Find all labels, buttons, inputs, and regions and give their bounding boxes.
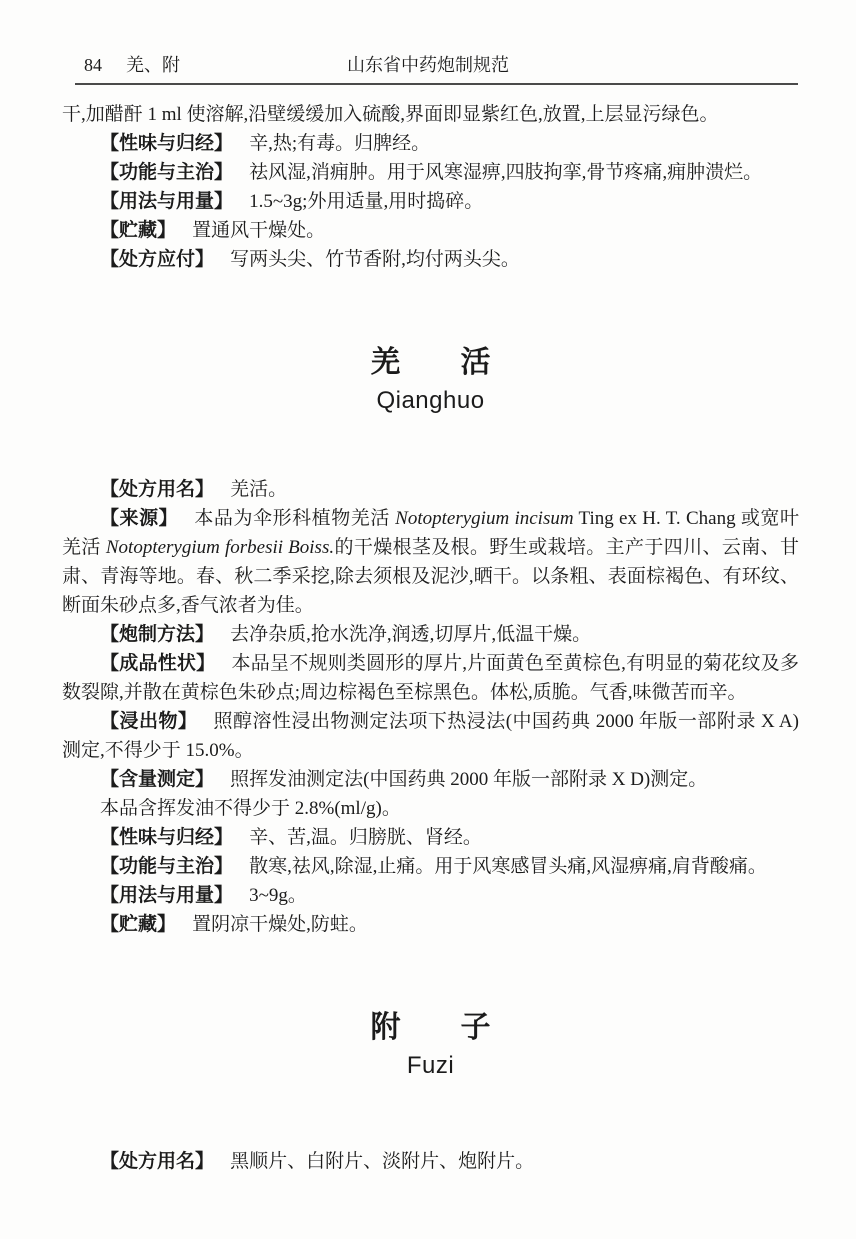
entry-text: 散寒,祛风,除湿,止痛。用于风寒感冒头痛,风湿痹痛,肩背酸痛。: [249, 856, 767, 877]
entry-label: 【贮藏】: [100, 220, 176, 241]
entry-yongfa-yongliang: 【用法与用量】3~9g。: [62, 881, 799, 910]
entry-label: 【炮制方法】: [100, 624, 214, 645]
latin-name-italic: Notopterygium forbesii Boiss.: [106, 537, 334, 558]
entry-text: 辛,热;有毒。归脾经。: [249, 133, 430, 154]
page-number: 84: [84, 54, 102, 76]
entry-chufang-yingfu: 【处方应付】写两头尖、竹节香附,均付两头尖。: [62, 245, 799, 274]
entry-label: 【性味与归经】: [100, 133, 233, 154]
entry-text: 置阴凉干燥处,防蛀。: [192, 914, 368, 935]
laiyuan-segment: 本品为伞形科植物羌活: [194, 508, 395, 529]
entry-yongfa-yongliang: 【用法与用量】1.5~3g;外用适量,用时捣碎。: [62, 187, 799, 216]
entry-text: 辛、苦,温。归膀胱、肾经。: [249, 827, 482, 848]
page-header: 84 羌、附 山东省中药炮制规范: [0, 0, 856, 76]
document-page: 84 羌、附 山东省中药炮制规范 干,加醋酐 1 ml 使溶解,沿壁缓缓加入硫酸…: [0, 0, 856, 1239]
entry-chufang-yongming: 【处方用名】黑顺片、白附片、淡附片、炮附片。: [62, 1147, 799, 1176]
running-head-section: 羌、附: [126, 54, 180, 76]
entry-text: 羌活。: [230, 479, 287, 500]
entry-zhucang: 【贮藏】置通风干燥处。: [62, 216, 799, 245]
header-rule: [75, 83, 798, 85]
entry-text: 去净杂质,抢水洗净,润透,切厚片,低温干燥。: [230, 624, 591, 645]
monograph-title-text: 羌活: [371, 346, 551, 379]
page-body: 干,加醋酐 1 ml 使溶解,沿壁缓缓加入硫酸,界面即显紫红色,放置,上层显污绿…: [62, 100, 799, 1176]
entry-hanliang-ceding: 【含量测定】照挥发油测定法(中国药典 2000 年版一部附录 X D)测定。: [62, 765, 799, 794]
entry-text: 写两头尖、竹节香附,均付两头尖。: [230, 249, 520, 270]
entry-label: 【含量测定】: [100, 769, 214, 790]
entry-text: 3~9g。: [249, 885, 307, 906]
running-head-book-title: 山东省中药炮制规范: [347, 54, 509, 76]
entry-jinchuwu: 【浸出物】照醇溶性浸出物测定法项下热浸法(中国药典 2000 年版一部附录 X …: [62, 707, 799, 765]
entry-label: 【用法与用量】: [100, 191, 233, 212]
latin-name-italic: Notopterygium incisum: [395, 508, 573, 529]
entry-text: 置通风干燥处。: [192, 220, 325, 241]
entry-gongneng-zhuzhi: 【功能与主治】祛风湿,消痈肿。用于风寒湿痹,四肢拘挛,骨节疼痛,痈肿溃烂。: [62, 158, 799, 187]
monograph-pinyin-qianghuo: Qianghuo: [62, 388, 799, 414]
entry-text: 照挥发油测定法(中国药典 2000 年版一部附录 X D)测定。: [230, 769, 707, 790]
entry-text: 黑顺片、白附片、淡附片、炮附片。: [230, 1151, 534, 1172]
entry-label: 【用法与用量】: [100, 885, 233, 906]
entry-label: 【浸出物】: [100, 711, 197, 732]
assay-note-paragraph: 本品含挥发油不得少于 2.8%(ml/g)。: [62, 794, 799, 823]
continuation-paragraph: 干,加醋酐 1 ml 使溶解,沿壁缓缓加入硫酸,界面即显紫红色,放置,上层显污绿…: [62, 100, 799, 129]
entry-paozhi-fangfa: 【炮制方法】去净杂质,抢水洗净,润透,切厚片,低温干燥。: [62, 620, 799, 649]
entry-xingwei-guijing: 【性味与归经】辛,热;有毒。归脾经。: [62, 129, 799, 158]
entry-laiyuan: 【来源】本品为伞形科植物羌活 Notopterygium incisum Tin…: [62, 504, 799, 620]
entry-label: 【处方应付】: [100, 249, 214, 270]
entry-chengpin-xingzhuang: 【成品性状】本品呈不规则类圆形的厚片,片面黄色至黄棕色,有明显的菊花纹及多数裂隙…: [62, 649, 799, 707]
entry-label: 【功能与主治】: [100, 856, 233, 877]
monograph-title-text: 附子: [371, 1011, 551, 1044]
monograph-pinyin-fuzi: Fuzi: [62, 1053, 799, 1079]
entry-label: 【来源】: [100, 508, 178, 529]
monograph-title-qianghuo: 羌活: [62, 347, 799, 379]
entry-label: 【性味与归经】: [100, 827, 233, 848]
entry-label: 【处方用名】: [100, 479, 214, 500]
entry-label: 【贮藏】: [100, 914, 176, 935]
entry-xingwei-guijing: 【性味与归经】辛、苦,温。归膀胱、肾经。: [62, 823, 799, 852]
monograph-title-fuzi: 附子: [62, 1012, 799, 1044]
entry-label: 【处方用名】: [100, 1151, 214, 1172]
entry-label: 【功能与主治】: [100, 162, 233, 183]
entry-gongneng-zhuzhi: 【功能与主治】散寒,祛风,除湿,止痛。用于风寒感冒头痛,风湿痹痛,肩背酸痛。: [62, 852, 799, 881]
entry-zhucang: 【贮藏】置阴凉干燥处,防蛀。: [62, 910, 799, 939]
entry-label: 【成品性状】: [100, 653, 215, 674]
entry-text: 1.5~3g;外用适量,用时捣碎。: [249, 191, 483, 212]
entry-chufang-yongming: 【处方用名】羌活。: [62, 475, 799, 504]
entry-text: 祛风湿,消痈肿。用于风寒湿痹,四肢拘挛,骨节疼痛,痈肿溃烂。: [249, 162, 762, 183]
